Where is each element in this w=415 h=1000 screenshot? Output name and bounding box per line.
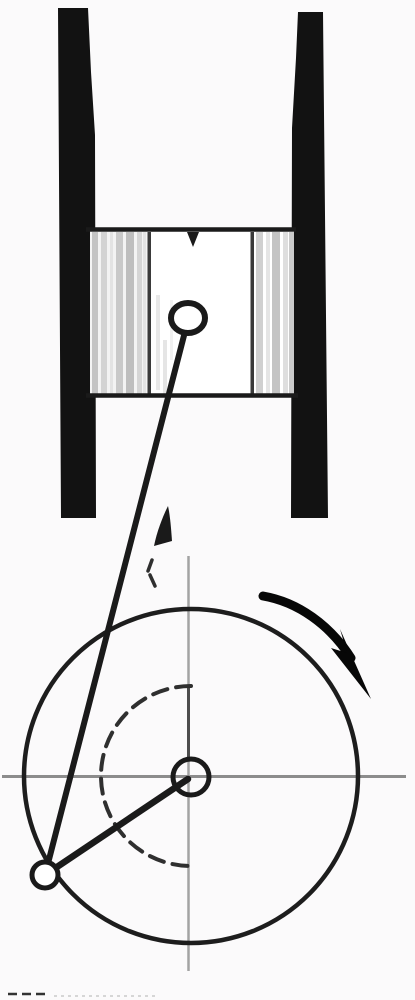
piston-groove-line-right: [251, 232, 255, 394]
mechanism-diagram: [0, 0, 415, 1000]
cylinder-right-wall: [291, 12, 328, 518]
piston-pin: [171, 303, 205, 333]
scanned-figure: [0, 0, 415, 1000]
crank-pin: [32, 862, 58, 888]
piston-groove-line-left: [148, 232, 152, 394]
